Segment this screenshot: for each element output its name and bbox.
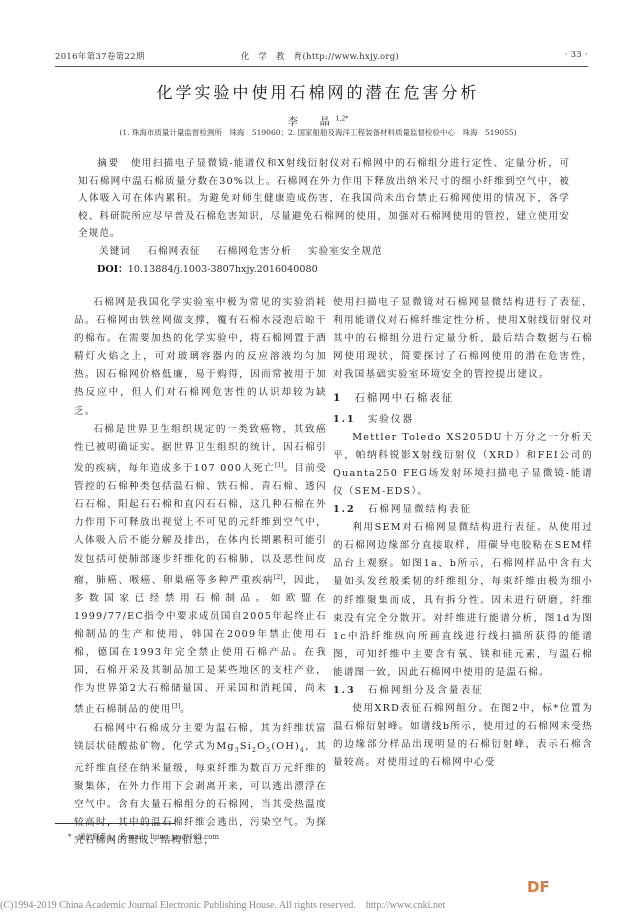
abstract: 摘要 使用扫描电子显微镜-能谱仪和X射线衍射仪对石棉网中的石棉组分进行定性、定量… xyxy=(78,155,570,243)
paragraph: 使用扫描电子显微镜对石棉网显微结构进行了表征，利用能谱仪对石棉纤维定性分析，使用… xyxy=(333,294,593,384)
page-number: · 33 · xyxy=(540,50,588,60)
abstract-text: 使用扫描电子显微镜-能谱仪和X射线衍射仪对石棉网中的石棉组分进行定性、定量分析，… xyxy=(78,158,570,239)
keyword: 石棉网表征 xyxy=(147,246,200,257)
doi-value: 10.13884/j.1003-3807hxjy.2016040080 xyxy=(128,264,318,275)
footnote: * 通信联系人，E-mail：lijing_jas@163.com xyxy=(68,832,219,842)
subsection-heading: 1.1实验仪器 xyxy=(333,411,593,429)
paragraph: 利用SEM对石棉网显微结构进行表征。从使用过的石棉网边缘部分直接取样，用碳导电胶… xyxy=(333,519,593,682)
journal-name: 化 学 教 育(http://www.hxjy.org) xyxy=(200,50,440,62)
copyright-notice: (C)1994-2019 China Academic Journal Elec… xyxy=(0,896,445,911)
keyword: 石棉网危害分析 xyxy=(217,246,292,257)
section-heading: 1石棉网中石棉表征 xyxy=(333,389,593,407)
footnote-rule xyxy=(55,823,175,824)
right-column: 使用扫描电子显微镜对石棉网显微结构进行了表征，利用能谱仪对石棉纤维定性分析，使用… xyxy=(333,294,593,772)
abstract-label: 摘要 xyxy=(97,158,120,169)
doi-label: DOI： xyxy=(97,264,128,275)
citation: [3] xyxy=(172,703,181,710)
doi: DOI：10.13884/j.1003-3807hxjy.2016040080 xyxy=(97,261,318,275)
paragraph: 石棉网是我国化学实验室中极为常见的实验消耗品。石棉网由铁丝网做支撑，覆有石棉水浸… xyxy=(74,294,327,421)
author: 李 晶1,2* xyxy=(0,113,636,128)
paragraph: 使用XRD表征石棉网组分。在图2中，标*位置为温石棉衍射峰。如谱线b所示，使用过… xyxy=(333,700,593,772)
keywords-label: 关键词 xyxy=(99,246,131,257)
header-rule xyxy=(55,66,588,67)
journal-issue: 2016年第37卷第22期 xyxy=(55,50,145,62)
keywords: 关键词 石棉网表征 石棉网危害分析 实验室安全规范 xyxy=(99,243,395,257)
citation: [2] xyxy=(274,574,283,581)
df-watermark-logo: DF xyxy=(527,878,550,896)
paper-title: 化学实验中使用石棉网的潜在危害分析 xyxy=(0,80,636,103)
left-column: 石棉网是我国化学实验室中极为常见的实验消耗品。石棉网由铁丝网做支撑，覆有石棉水浸… xyxy=(74,294,327,850)
author-marks: 1,2* xyxy=(336,116,349,123)
affiliation: (1. 珠海市质量计量监督检测所 珠海 519060；2. 国家船舶及海洋工程装… xyxy=(0,127,636,138)
subsection-heading: 1.2石棉网显微结构表征 xyxy=(333,501,593,519)
keyword: 实验室安全规范 xyxy=(308,246,383,257)
paragraph: Mettler Toledo XS205DU十万分之一分析天平，帕纳科锐影X射线… xyxy=(333,429,593,501)
paragraph: 石棉是世界卫生组织规定的一类致癌物，其致癌性已被明确证实。据世界卫生组织的统计，… xyxy=(74,421,327,720)
subsection-heading: 1.3石棉网组分及含量表征 xyxy=(333,682,593,700)
paragraph: 石棉网中石棉成分主要为温石棉，其为纤维状富镁层状硅酸盐矿物，化学式为Mg3Si2… xyxy=(74,720,327,851)
